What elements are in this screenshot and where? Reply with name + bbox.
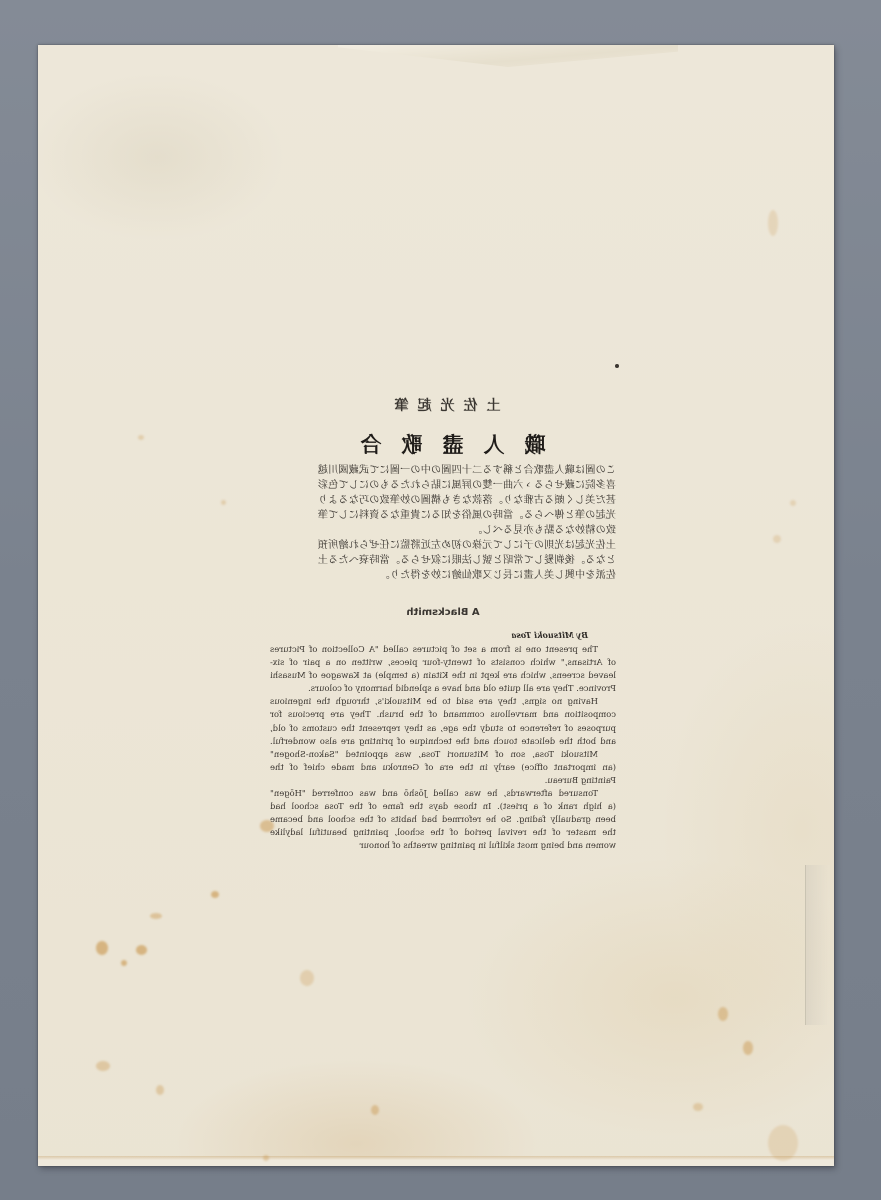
- mirrored-print-block: 土佐光起筆 職人盡歌合 この圖は職人盡歌合と稱する二十四圖の中の一圖にて武藏國川…: [270, 395, 616, 853]
- japanese-line: 甚だ美しく頗る古雅なり。落款なきも構圖の妙筆致の巧なるより: [270, 493, 616, 508]
- english-line: Province. They are all quite old and hav…: [270, 682, 616, 695]
- stain-spot: [138, 435, 144, 440]
- english-line: Having no signs, they are said to be Mit…: [270, 695, 616, 708]
- english-line: Mitsuoki Tosa, son of Mitsunori Tosa, wa…: [270, 748, 616, 761]
- paper-fold-top: [338, 45, 678, 67]
- japanese-line: 喜多院に藏せらるゝ六曲一雙の屛風に貼られたるものにして色彩: [270, 478, 616, 493]
- stain-spot: [96, 941, 108, 955]
- ink-dot: [615, 364, 619, 368]
- english-line: (a high rank of a priest). In those days…: [270, 800, 616, 813]
- english-body: The present one is from a set of picture…: [270, 643, 616, 853]
- stain-spot: [211, 891, 219, 898]
- japanese-line: この圖は職人盡歌合と稱する二十四圖の中の一圖にて武藏國川越: [270, 463, 616, 478]
- stain-spot: [743, 1041, 753, 1055]
- stain-spot: [768, 210, 778, 236]
- stain-spot: [773, 535, 781, 543]
- stain-spot: [263, 1155, 269, 1161]
- stain-spot: [96, 1061, 110, 1071]
- english-line: purposes of reference to study the age, …: [270, 722, 616, 735]
- stain-spot: [371, 1105, 379, 1115]
- english-line: leaved screens, which are kept in the Ki…: [270, 669, 616, 682]
- stain-spot: [221, 500, 226, 505]
- stain-spot: [136, 945, 147, 955]
- english-line: Painting Bureau.: [270, 774, 616, 787]
- english-line: women and being most skilful in painting…: [270, 839, 616, 852]
- stain-spot: [790, 500, 796, 506]
- stain-spot: [718, 1007, 728, 1021]
- japanese-paragraph: 土佐光起は光則の子にして元祿の初め左近將監に任ぜられ繪所預 となる。後剃髮して常…: [270, 538, 616, 583]
- japanese-line: となる。後剃髮して常昭と號し法眼に叙せらる。當時衰へたる土: [270, 553, 616, 568]
- japanese-body: この圖は職人盡歌合と稱する二十四圖の中の一圖にて武藏國川越 喜多院に藏せらるゝ六…: [270, 463, 616, 583]
- english-byline: By Mitsuoki Tosa: [270, 630, 616, 640]
- paper-sheet: 土佐光起筆 職人盡歌合 この圖は職人盡歌合と稱する二十四圖の中の一圖にて武藏國川…: [38, 45, 834, 1166]
- stain-spot: [300, 970, 314, 986]
- stain-spot: [121, 960, 127, 966]
- stain-spot: [693, 1103, 703, 1111]
- english-line: the master of the revival period of the …: [270, 826, 616, 839]
- japanese-line: 土佐光起は光則の子にして元祿の初め左近將監に任ぜられ繪所預: [270, 538, 616, 553]
- english-line: composition and marvellous command of th…: [270, 708, 616, 721]
- japanese-title: 職人盡歌合: [270, 429, 616, 459]
- english-heading: A Blacksmith: [270, 607, 616, 618]
- english-line: of Artisans," which consists of twenty-f…: [270, 656, 616, 669]
- english-line: The present one is from a set of picture…: [270, 643, 616, 656]
- japanese-paragraph: この圖は職人盡歌合と稱する二十四圖の中の一圖にて武藏國川越 喜多院に藏せらるゝ六…: [270, 463, 616, 538]
- stain-spot: [150, 913, 162, 919]
- stain-spot: [156, 1085, 164, 1095]
- english-line: been gradually fading. So he reformed ba…: [270, 813, 616, 826]
- english-line: Tonsured afterwards, he was called Jōshō…: [270, 787, 616, 800]
- paper-fold-right: [805, 865, 830, 1025]
- english-line: (an important office) early in the era o…: [270, 761, 616, 774]
- paper-bottom-stain: [38, 1156, 834, 1166]
- japanese-line: 致の精妙なる點も亦見るべし。: [270, 523, 616, 538]
- japanese-line: 光起の筆と傳へらる。當時の風俗を知るに貴重なる資料にして筆: [270, 508, 616, 523]
- english-line: and both the delicate touch and the tech…: [270, 735, 616, 748]
- stain-spot: [768, 1125, 798, 1161]
- japanese-subtitle: 土佐光起筆: [270, 395, 616, 415]
- japanese-line: 佐派を中興し美人畫に長じ又歌仙繪に妙を得たり。: [270, 568, 616, 583]
